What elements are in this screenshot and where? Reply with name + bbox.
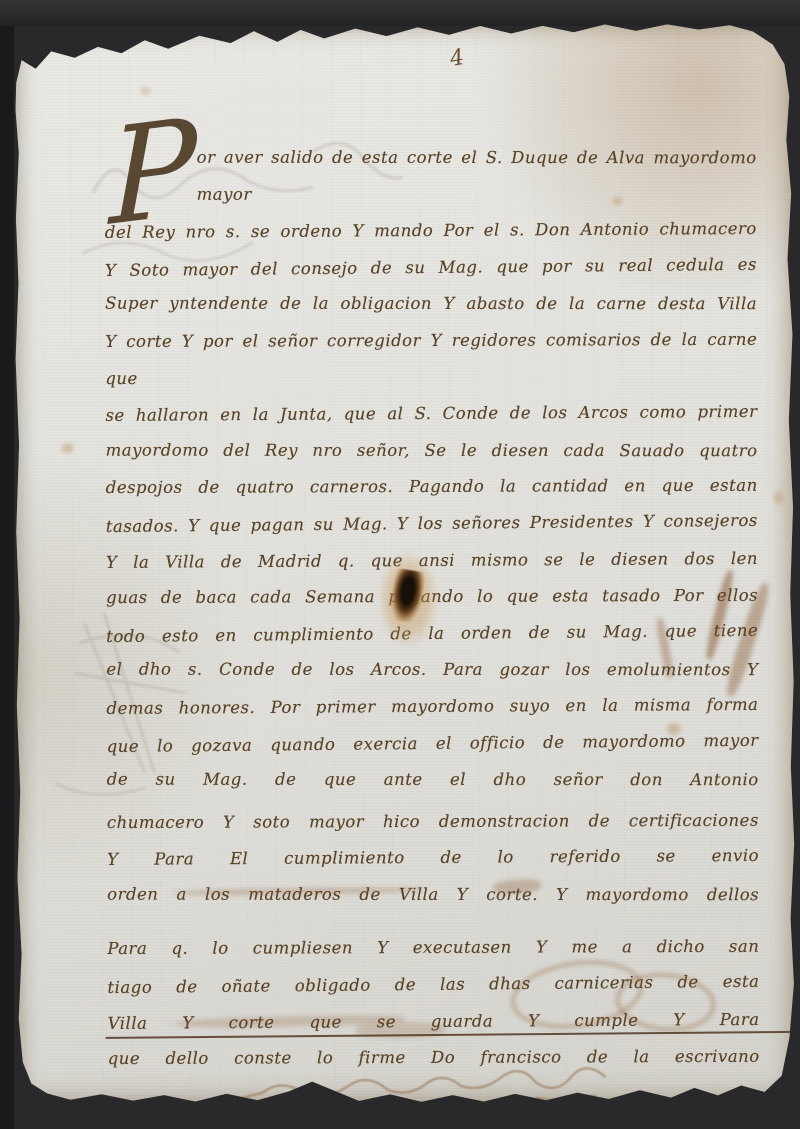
- manuscript-line: del Rey nro s. se ordeno Y mando Por el …: [105, 211, 757, 252]
- manuscript-line: or aver salido de esta corte el S. Duque…: [105, 140, 757, 214]
- manuscript-page: 4 P or aver salido de esta corte el S. D…: [12, 21, 796, 1106]
- page-number: 4: [448, 47, 468, 71]
- manuscript-line: se hallaron en la Junta, que al S. Conde…: [105, 394, 757, 435]
- scan-background-strip: [0, 0, 14, 1129]
- manuscript-line: de su Mag. de que ante el dho señor don …: [107, 762, 759, 799]
- manuscript-line: Y corte Y por el señor corregidor Y regi…: [105, 322, 757, 397]
- scan-background-strip-top: [0, 0, 800, 26]
- signature-line: que dello conste lo firme Do francisco d…: [108, 1039, 760, 1078]
- manuscript-line: tasados. Y que pagan su Mag. Y los señor…: [106, 503, 758, 546]
- foxing-spot: [613, 197, 622, 205]
- foxing-spot: [62, 443, 74, 453]
- manuscript-line: Y Para El cumplimiento de lo referido se…: [107, 838, 759, 879]
- manuscript-line: demas honores. Por primer mayordomo suyo…: [106, 687, 758, 728]
- foxing-spot: [667, 723, 681, 735]
- manuscript-line: Y Soto mayor del consejo de su Mag. que …: [105, 247, 757, 290]
- manuscript-line: mayordomo del Rey nro señor, Se le diese…: [106, 432, 758, 469]
- manuscript-line: despojos de quatro carneros. Pagando la …: [106, 468, 758, 507]
- manuscript-line: chumacero Y soto mayor hico demonstracio…: [107, 802, 759, 841]
- foxing-spot: [140, 87, 150, 95]
- manuscript-line: el dho s. Conde de los Arcos. Para gozar…: [106, 652, 758, 689]
- manuscript-line: Para q. lo cumpliesen Y executasen Y me …: [107, 929, 759, 968]
- manuscript-line: que lo gozava quando exercia el officio …: [106, 722, 758, 765]
- foxing-spot: [774, 491, 784, 505]
- manuscript-line: Super yntendente de la obligacion Y abas…: [105, 286, 757, 323]
